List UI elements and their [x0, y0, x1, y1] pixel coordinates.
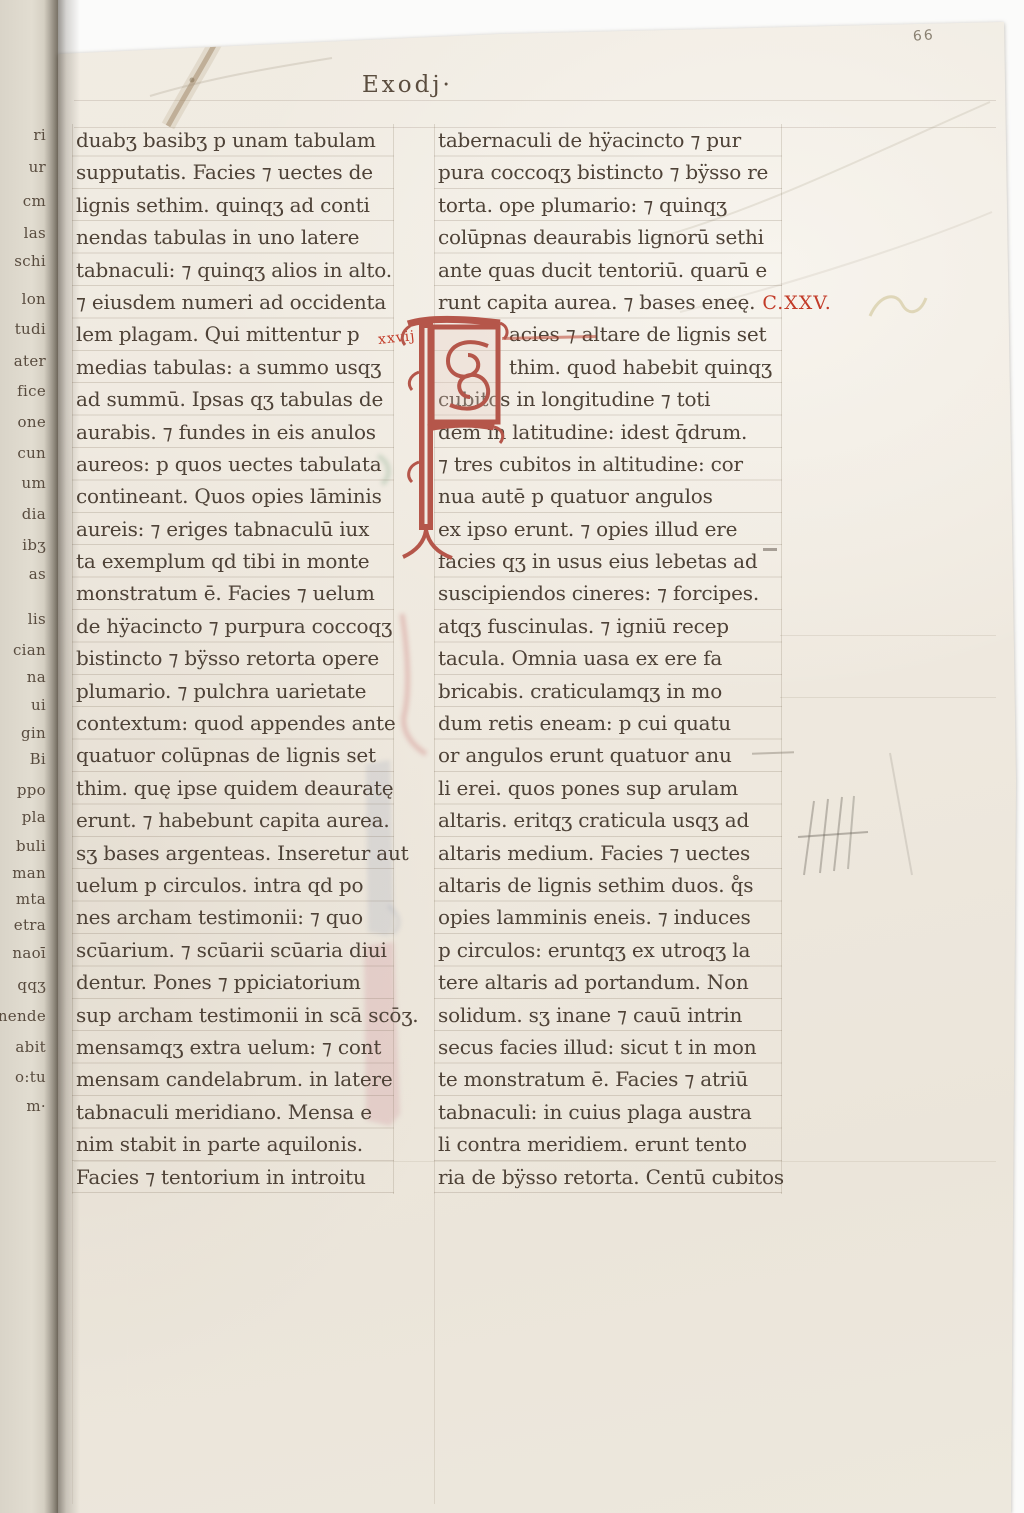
- text-line: tabernaculi de hÿacincto ⁊ pur: [435, 124, 781, 156]
- text-line: tere altaris ad portandum. Non: [435, 966, 781, 998]
- text-line: monstratum ē. Facies ⁊ uelum: [73, 577, 393, 609]
- text-line: aureis: ⁊ eriges tabnaculū iux: [73, 513, 393, 545]
- text-line: solidum. sʒ inane ⁊ cauū intrin: [435, 999, 781, 1031]
- text-line: bistincto ⁊ bÿsso retorta opere: [73, 642, 393, 674]
- text-line: ria de bÿsso retorta. Centū cubitos: [435, 1161, 781, 1193]
- text-line: altaris de lignis sethim duos. q̊s: [435, 869, 781, 901]
- text-line: supputatis. Facies ⁊ uectes de: [73, 156, 393, 188]
- text-line: bricabis. craticulamqʒ in mo: [435, 675, 781, 707]
- text-line: ta exemplum qd tibi in monte: [73, 545, 393, 577]
- text-line: torta. ope plumario: ⁊ quinqʒ: [435, 189, 781, 221]
- drop-cap-initial-F: [396, 310, 514, 568]
- faded-squiggle: [866, 284, 930, 328]
- page-wrap: Exodj· 66 duabʒ basibʒ p unam tabulamsup…: [0, 0, 1024, 1513]
- text-line: p circulos: eruntqʒ ex utroqʒ la: [435, 934, 781, 966]
- text-line: pura coccoqʒ bistincto ⁊ bÿsso re: [435, 156, 781, 188]
- running-title: Exodj·: [362, 72, 453, 98]
- parchment-stain: [120, 28, 350, 138]
- text-line: ad summū. Ipsas qʒ tabulas de: [73, 383, 393, 415]
- manuscript-page: Exodj· 66 duabʒ basibʒ p unam tabulamsup…: [0, 0, 1024, 1513]
- ruling-line: [780, 635, 996, 636]
- text-line: tabnaculi: ⁊ quinqʒ alios in alto.: [73, 254, 393, 286]
- text-column-left: duabʒ basibʒ p unam tabulamsupputatis. F…: [72, 124, 394, 1194]
- text-line: uelum p circulos. intra qd po: [73, 869, 393, 901]
- text-line: tabnaculi: in cuius plaga austra: [435, 1096, 781, 1128]
- text-line: nes archam testimonii: ⁊ quo: [73, 901, 393, 933]
- ruling-line: [780, 697, 996, 698]
- text-line: contineant. Quos opies lāminis: [73, 480, 393, 512]
- manuscript-photo: riurcmlasschilontudiaterficeonecunumdiai…: [0, 0, 1024, 1513]
- text-line: te monstratum ē. Facies ⁊ atriū: [435, 1063, 781, 1095]
- text-line: aurabis. ⁊ fundes in eis anulos: [73, 416, 393, 448]
- text-line: altaris medium. Facies ⁊ uectes: [435, 837, 781, 869]
- text-line: suscipiendos cineres: ⁊ forcipes.: [435, 577, 781, 609]
- text-line: secus facies illud: sicut t in mon: [435, 1031, 781, 1063]
- text-line: altaris. eritqʒ craticula usqʒ ad: [435, 804, 781, 836]
- text-line: tacula. Omnia uasa ex ere fa: [435, 642, 781, 674]
- folio-number: 66: [912, 27, 935, 44]
- text-line: scūarium. ⁊ scūarii scūaria diui: [73, 934, 393, 966]
- text-line: nim stabit in parte aquilonis.: [73, 1128, 393, 1160]
- drop-cap-letter-text: F: [0, 0, 1, 1]
- text-line: thim. quę ipse quidem deauratę: [73, 772, 393, 804]
- text-line: Facies ⁊ tentorium in introitu: [73, 1161, 393, 1193]
- text-line: mensam candelabrum. in latere: [73, 1063, 393, 1095]
- text-line: dentur. Pones ⁊ ppiciatorium: [73, 966, 393, 998]
- ruling-line: [72, 1194, 73, 1504]
- text-line: lignis sethim. quinqʒ ad conti: [73, 189, 393, 221]
- chapter-rubric: C.XXV.: [755, 292, 831, 314]
- text-line: li erei. quos pones sup arulam: [435, 772, 781, 804]
- bleedthrough-flourish: [388, 612, 432, 766]
- text-line: de hÿacincto ⁊ purpura coccoqʒ: [73, 610, 393, 642]
- text-line: plumario. ⁊ pulchra uarietate: [73, 675, 393, 707]
- text-line: ⁊ eiusdem numeri ad occidenta: [73, 286, 393, 318]
- text-line: lem plagam. Qui mittentur p: [73, 318, 393, 350]
- text-line: contextum: quod appendes ante: [73, 707, 393, 739]
- text-line: mensamqʒ extra uelum: ⁊ cont: [73, 1031, 393, 1063]
- text-line: ante quas ducit tentoriū. quarū e: [435, 254, 781, 286]
- text-column-right: tabernaculi de hÿacincto ⁊ purpura cocco…: [434, 124, 782, 1194]
- text-line: li contra meridiem. erunt tento: [435, 1128, 781, 1160]
- text-line: duabʒ basibʒ p unam tabulam: [73, 124, 393, 156]
- text-line: atqʒ fuscinulas. ⁊ igniū recep: [435, 610, 781, 642]
- text-line: opies lamminis eneis. ⁊ induces: [435, 901, 781, 933]
- text-line: quatuor colūpnas de lignis set: [73, 739, 393, 771]
- text-line: sup archam testimonii in scā scōʒ.: [73, 999, 393, 1031]
- text-line: colūpnas deaurabis lignorū sethi: [435, 221, 781, 253]
- text-line: aureos: p quos uectes tabulata: [73, 448, 393, 480]
- pencil-tally-marks: [790, 745, 940, 895]
- text-line: sʒ bases argenteas. Inseretur aut: [73, 837, 393, 869]
- text-line: nendas tabulas in uno latere: [73, 221, 393, 253]
- text-line: dum retis eneam: p cui quatu: [435, 707, 781, 739]
- text-line: tabnaculi meridiano. Mensa e: [73, 1096, 393, 1128]
- text-line: medias tabulas: a summo usqʒ: [73, 351, 393, 383]
- text-line: erunt. ⁊ habebunt capita aurea.: [73, 804, 393, 836]
- ruling-line: [434, 1194, 435, 1504]
- text-line: or angulos erunt quatuor anu: [435, 739, 781, 771]
- margin-tick: [763, 548, 777, 551]
